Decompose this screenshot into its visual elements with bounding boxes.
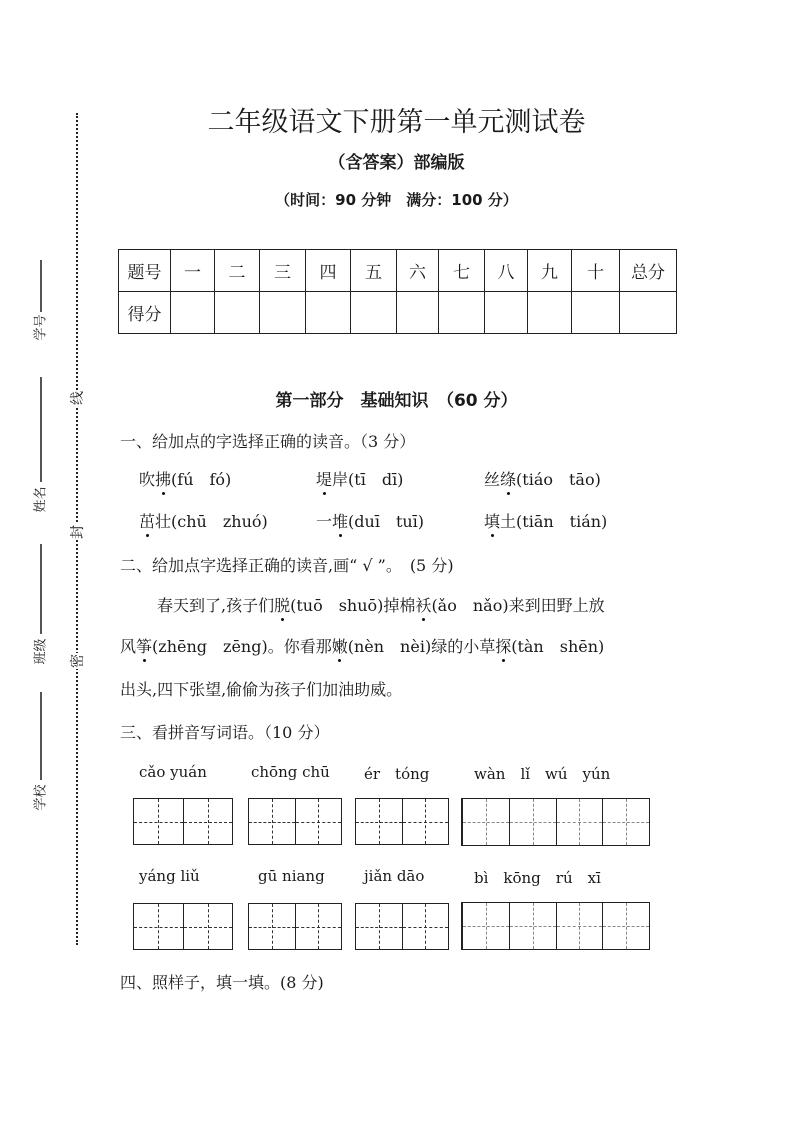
q1-heading: 一、给加点的字选择正确的读音。（3 分） xyxy=(120,429,415,452)
passage-text: 春天到了,孩子们 xyxy=(157,596,274,615)
score-input-cell[interactable] xyxy=(171,292,215,334)
dotted-char: 堤 xyxy=(316,470,332,489)
q1-item[interactable]: 丝绦(tiáo tāo) xyxy=(484,467,601,490)
pinyin-prompt: gū niang xyxy=(258,867,325,885)
dotted-char: 探 xyxy=(495,637,511,656)
q1-item[interactable]: 一堆(duī tuī) xyxy=(316,509,424,532)
writing-grid-2[interactable] xyxy=(248,798,342,845)
writing-grid-2[interactable] xyxy=(248,903,342,950)
q4-heading: 四、照样子，填一填。(8 分) xyxy=(120,970,324,993)
time-info: （时间：90 分钟 满分：100 分） xyxy=(0,189,793,210)
table-cell: 七 xyxy=(439,250,485,292)
table-row-score: 得分 xyxy=(119,292,677,334)
passage-text[interactable]: (tuō shuō)掉棉 xyxy=(290,596,415,615)
writing-grid-2[interactable] xyxy=(355,903,449,950)
table-cell: 四 xyxy=(306,250,351,292)
seal-char-mi: 密 xyxy=(67,653,87,669)
table-cell: 二 xyxy=(215,250,260,292)
table-cell: 总分 xyxy=(620,250,677,292)
school-blank[interactable] xyxy=(40,692,42,780)
item-text: 丝 xyxy=(484,470,500,489)
dotted-char: 嫩 xyxy=(332,637,348,656)
score-table: 题号 一 二 三 四 五 六 七 八 九 十 总分 得分 xyxy=(118,249,677,334)
table-cell: 十 xyxy=(572,250,620,292)
passage-text[interactable]: (nèn nèi)绿的小草 xyxy=(348,637,495,656)
pinyin-prompt: cǎo yuán xyxy=(139,763,207,781)
q1-item[interactable]: 堤岸(tī dī) xyxy=(316,467,403,490)
page-title: 二年级语文下册第一单元测试卷 xyxy=(0,100,793,139)
table-cell: 得分 xyxy=(119,292,171,334)
seal-char-feng: 封 xyxy=(67,524,87,540)
pinyin-options: (tī dī) xyxy=(348,470,403,489)
dotted-char: 拂 xyxy=(155,470,171,489)
dotted-char: 填 xyxy=(484,512,500,531)
score-input-cell[interactable] xyxy=(260,292,306,334)
q2-passage-line2: 风筝(zhēng zēng)。你看那嫩(nèn nèi)绿的小草探(tàn sh… xyxy=(120,634,604,657)
q1-item[interactable]: 填土(tiān tián) xyxy=(484,509,607,532)
pinyin-prompt: bì kōng rú xī xyxy=(474,867,601,888)
pinyin-options: (chū zhuó) xyxy=(171,512,268,531)
q3-heading: 三、看拼音写词语。（10 分） xyxy=(120,720,329,743)
score-input-cell[interactable] xyxy=(528,292,572,334)
pinyin-options: (duī tuī) xyxy=(348,512,424,531)
q2-heading: 二、给加点字选择正确的读音,画“ √ ”。 (5 分) xyxy=(120,553,454,576)
dotted-char: 茁 xyxy=(139,512,155,531)
score-input-cell[interactable] xyxy=(397,292,439,334)
table-cell: 六 xyxy=(397,250,439,292)
dotted-char: 筝 xyxy=(136,637,152,656)
pinyin-prompt: jiǎn dāo xyxy=(364,867,424,885)
item-text: 吹 xyxy=(139,470,155,489)
score-input-cell[interactable] xyxy=(215,292,260,334)
score-input-cell[interactable] xyxy=(439,292,485,334)
pinyin-options: (tiáo tāo) xyxy=(516,470,601,489)
class-label: 班级 xyxy=(30,638,49,664)
pinyin-options: (fú fó) xyxy=(171,470,231,489)
dotted-char: 绦 xyxy=(500,470,516,489)
writing-grid-4[interactable] xyxy=(461,798,650,846)
score-input-cell[interactable] xyxy=(306,292,351,334)
table-cell: 题号 xyxy=(119,250,171,292)
writing-grid-2[interactable] xyxy=(355,798,449,845)
item-text: 岸 xyxy=(332,470,348,489)
table-cell: 九 xyxy=(528,250,572,292)
writing-grid-4[interactable] xyxy=(461,902,650,950)
pinyin-prompt: yáng liǔ xyxy=(139,867,200,885)
dotted-char[interactable]: 脱 xyxy=(274,596,290,615)
dotted-char: 堆 xyxy=(332,512,348,531)
passage-text[interactable]: (ǎo nǎo)来到田野上放 xyxy=(431,596,604,615)
item-text: 壮 xyxy=(155,512,171,531)
table-cell: 八 xyxy=(485,250,528,292)
table-cell: 一 xyxy=(171,250,215,292)
class-blank[interactable] xyxy=(40,544,42,634)
score-input-cell[interactable] xyxy=(485,292,528,334)
score-input-cell[interactable] xyxy=(572,292,620,334)
q1-item[interactable]: 吹拂(fú fó) xyxy=(139,467,231,490)
q2-passage-line1: 春天到了,孩子们脱(tuō shuō)掉棉袄(ǎo nǎo)来到田野上放 xyxy=(157,593,605,616)
table-cell: 五 xyxy=(351,250,397,292)
score-input-cell[interactable] xyxy=(351,292,397,334)
table-row-header: 题号 一 二 三 四 五 六 七 八 九 十 总分 xyxy=(119,250,677,292)
item-text: 一 xyxy=(316,512,332,531)
writing-grid-2[interactable] xyxy=(133,798,233,845)
dotted-char: 袄 xyxy=(415,596,431,615)
page-subtitle: （含答案）部编版 xyxy=(0,148,793,173)
writing-grid-2[interactable] xyxy=(133,903,233,950)
student-id-label: 学号 xyxy=(30,314,49,340)
item-text: 土 xyxy=(500,512,516,531)
passage-text[interactable]: (tàn shēn) xyxy=(511,637,604,656)
pinyin-prompt: ér tóng xyxy=(364,763,429,784)
passage-text[interactable]: (zhēng zēng)。你看那 xyxy=(152,637,332,656)
name-label: 姓名 xyxy=(30,486,49,512)
student-id-blank[interactable] xyxy=(40,260,42,312)
pinyin-prompt: chōng chū xyxy=(251,763,330,781)
passage-text: 风 xyxy=(120,637,136,656)
table-cell: 三 xyxy=(260,250,306,292)
pinyin-options: (tiān tián) xyxy=(516,512,607,531)
pinyin-prompt: wàn lǐ wú yún xyxy=(474,763,610,784)
q1-item[interactable]: 茁壮(chū zhuó) xyxy=(139,509,268,532)
school-label: 学校 xyxy=(30,784,49,810)
q2-passage-line3: 出头,四下张望,偷偷为孩子们加油助威。 xyxy=(120,677,402,700)
score-input-cell[interactable] xyxy=(620,292,677,334)
part1-title: 第一部分 基础知识 （60 分） xyxy=(0,386,793,411)
